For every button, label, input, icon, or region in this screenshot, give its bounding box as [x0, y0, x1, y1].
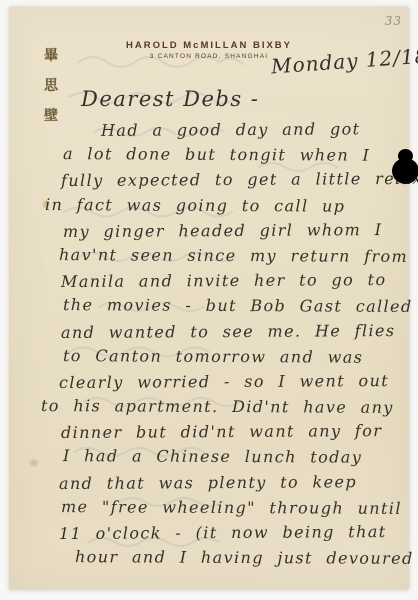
letter-line: fully expected to get a little relax: [61, 166, 405, 193]
letter-line: me "free wheeling" through until: [61, 494, 405, 521]
letter-line: hav'nt seen since my return from: [59, 242, 405, 269]
letter-line: Manila and invite her to go to: [61, 267, 405, 294]
letter-line: Had a good day and got: [101, 116, 405, 143]
letter-line: the movies - but Bob Gast called: [63, 292, 405, 319]
letter-line: hour and I having just devoured: [75, 544, 405, 571]
letter-line: 11 o'clock - (it now being that: [59, 519, 405, 546]
letter-line: my ginger headed girl whom I: [63, 217, 405, 244]
page-number: 33: [385, 14, 402, 28]
letter-paper: 33 畢 思 壁 HAROLD McMILLAN BIXBY 3 CANTON …: [9, 7, 409, 590]
salutation: Dearest Debs -: [81, 87, 259, 111]
letter-line: to Canton tomorrow and was: [63, 343, 405, 370]
letter-line: I had a Chinese lunch today: [63, 444, 405, 471]
chinese-character: 思: [44, 75, 58, 95]
letter-line: to his apartment. Did'nt have any: [41, 393, 405, 420]
letter-line: and wanted to see me. He flies: [61, 317, 405, 344]
letter-line: and that was plenty to keep: [59, 469, 405, 496]
ink-blot: [390, 147, 418, 189]
letter-line: clearly worried - so I went out: [59, 368, 405, 395]
letter-body: Had a good day and got a lot done but to…: [37, 117, 405, 570]
letter-line: dinner but did'nt want any for: [61, 418, 405, 445]
letter-line: a lot done but tongit when I: [63, 141, 405, 168]
letter-line: in fact was going to call up: [45, 192, 405, 219]
